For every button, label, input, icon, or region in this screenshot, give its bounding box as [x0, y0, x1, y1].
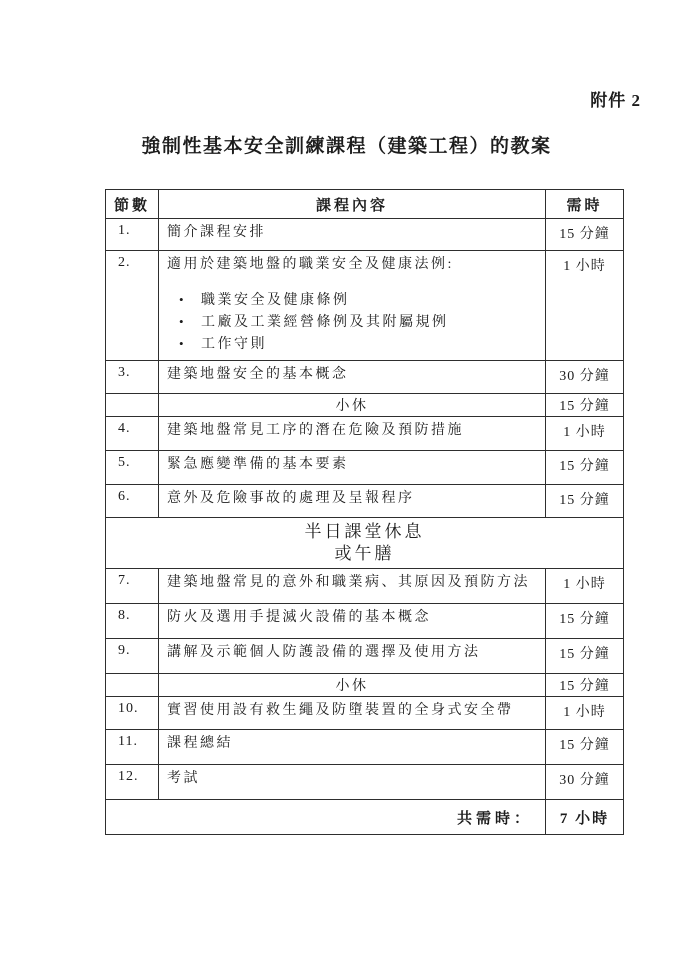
bullet-icon: •: [179, 290, 201, 310]
table-row-session-12: 12. 考試 30 分鐘: [106, 765, 624, 800]
table-row-rest-break-2: 小休 15 分鐘: [106, 674, 624, 697]
empty-cell: [106, 674, 159, 697]
bullet-text: 職業安全及健康條例: [201, 290, 350, 312]
bullet-icon: •: [179, 312, 201, 332]
course-schedule-table: 節數 課程內容 需時 1. 簡介課程安排 15 分鐘 2. 適用於建築地盤的職業…: [105, 189, 624, 835]
duration: 15 分鐘: [546, 674, 624, 697]
session-number: 5.: [106, 451, 159, 485]
midday-break-label: 半日課堂休息 或午膳: [106, 518, 624, 569]
session-number: 7.: [106, 569, 159, 604]
course-content: 建築地盤常見的意外和職業病、其原因及預防方法: [159, 569, 546, 604]
duration: 15 分鐘: [546, 451, 624, 485]
session-number: 9.: [106, 639, 159, 674]
table-row-session-7: 7. 建築地盤常見的意外和職業病、其原因及預防方法 1 小時: [106, 569, 624, 604]
table-row-session-9: 9. 講解及示範個人防護設備的選擇及使用方法 15 分鐘: [106, 639, 624, 674]
empty-cell: [106, 394, 159, 417]
course-content: 緊急應變準備的基本要素: [159, 451, 546, 485]
bullet-icon: •: [179, 334, 201, 354]
duration: 15 分鐘: [546, 639, 624, 674]
duration: 15 分鐘: [546, 730, 624, 765]
midday-break-line-2: 或午膳: [106, 543, 623, 565]
session-number: 8.: [106, 604, 159, 639]
duration: 15 分鐘: [546, 394, 624, 417]
duration: 15 分鐘: [546, 604, 624, 639]
session-number: 1.: [106, 219, 159, 251]
table-row-session-8: 8. 防火及選用手提滅火設備的基本概念 15 分鐘: [106, 604, 624, 639]
table-row-total: 共需時： 7 小時: [106, 800, 624, 835]
header-duration: 需時: [546, 190, 624, 219]
total-duration-value: 7 小時: [546, 800, 624, 835]
table-row-session-5: 5. 緊急應變準備的基本要素 15 分鐘: [106, 451, 624, 485]
duration: 1 小時: [546, 251, 624, 361]
session-number: 10.: [106, 697, 159, 730]
course-content: 建築地盤安全的基本概念: [159, 361, 546, 394]
bullet-text: 工廠及工業經營條例及其附屬規例: [201, 312, 449, 334]
session-number: 11.: [106, 730, 159, 765]
header-session-number: 節數: [106, 190, 159, 219]
course-content: 適用於建築地盤的職業安全及健康法例: • 職業安全及健康條例 • 工廠及工業經營…: [159, 251, 546, 361]
duration: 30 分鐘: [546, 361, 624, 394]
course-content: 講解及示範個人防護設備的選擇及使用方法: [159, 639, 546, 674]
table-header-row: 節數 課程內容 需時: [106, 190, 624, 219]
table-row-rest-break-1: 小休 15 分鐘: [106, 394, 624, 417]
course-content: 實習使用設有救生繩及防墮裝置的全身式安全帶: [159, 697, 546, 730]
list-item: • 工作守則: [179, 334, 539, 356]
session-number: 2.: [106, 251, 159, 361]
course-content: 簡介課程安排: [159, 219, 546, 251]
list-item: • 職業安全及健康條例: [179, 290, 539, 312]
table-row-session-4: 4. 建築地盤常見工序的潛在危險及預防措施 1 小時: [106, 417, 624, 451]
course-content: 課程總結: [159, 730, 546, 765]
list-item: • 工廠及工業經營條例及其附屬規例: [179, 312, 539, 334]
header-course-content: 課程內容: [159, 190, 546, 219]
bullet-list: • 職業安全及健康條例 • 工廠及工業經營條例及其附屬規例 • 工作守則: [167, 290, 539, 355]
table-row-session-3: 3. 建築地盤安全的基本概念 30 分鐘: [106, 361, 624, 394]
table-row-session-2: 2. 適用於建築地盤的職業安全及健康法例: • 職業安全及健康條例 • 工廠及工…: [106, 251, 624, 361]
duration: 1 小時: [546, 417, 624, 451]
attachment-label: 附件 2: [0, 86, 693, 111]
course-content: 意外及危險事故的處理及呈報程序: [159, 485, 546, 518]
duration: 1 小時: [546, 697, 624, 730]
course-content: 考試: [159, 765, 546, 800]
duration: 1 小時: [546, 569, 624, 604]
midday-break-line-1: 半日課堂休息: [106, 521, 623, 543]
session-number: 12.: [106, 765, 159, 800]
duration: 15 分鐘: [546, 219, 624, 251]
duration: 30 分鐘: [546, 765, 624, 800]
total-duration-label: 共需時：: [106, 800, 546, 835]
rest-break-label: 小休: [159, 674, 546, 697]
bullet-text: 工作守則: [201, 334, 267, 356]
session-number: 6.: [106, 485, 159, 518]
session-number: 3.: [106, 361, 159, 394]
course-content-intro: 適用於建築地盤的職業安全及健康法例:: [167, 255, 539, 275]
table-row-session-1: 1. 簡介課程安排 15 分鐘: [106, 219, 624, 251]
session-number: 4.: [106, 417, 159, 451]
document-title: 強制性基本安全訓練課程（建築工程）的教案: [0, 131, 693, 158]
course-content: 防火及選用手提滅火設備的基本概念: [159, 604, 546, 639]
table-row-session-6: 6. 意外及危險事故的處理及呈報程序 15 分鐘: [106, 485, 624, 518]
duration: 15 分鐘: [546, 485, 624, 518]
table-row-session-11: 11. 課程總結 15 分鐘: [106, 730, 624, 765]
table-row-session-10: 10. 實習使用設有救生繩及防墮裝置的全身式安全帶 1 小時: [106, 697, 624, 730]
table-row-midday-break: 半日課堂休息 或午膳: [106, 518, 624, 569]
course-content: 建築地盤常見工序的潛在危險及預防措施: [159, 417, 546, 451]
document-page: 附件 2 強制性基本安全訓練課程（建築工程）的教案 節數 課程內容 需時 1. …: [0, 0, 693, 980]
rest-break-label: 小休: [159, 394, 546, 417]
